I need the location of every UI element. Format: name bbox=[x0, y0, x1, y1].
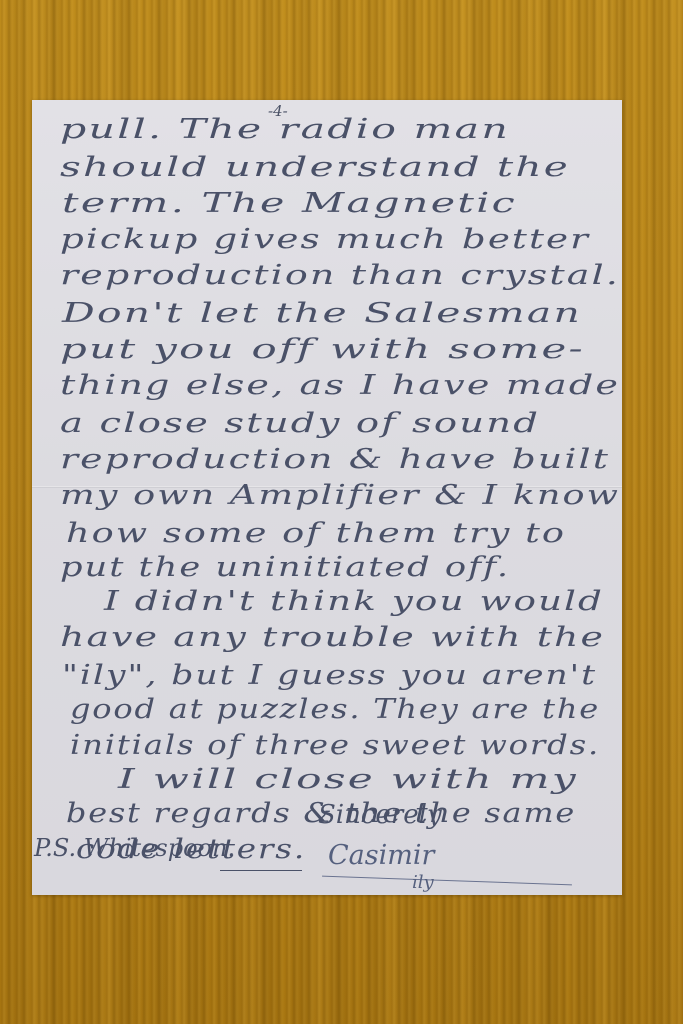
letter-line: my own Amplifier & I know bbox=[60, 480, 620, 511]
letter-line: put the uninitiated off. bbox=[60, 552, 510, 583]
letter-line: how some of them try to bbox=[66, 518, 566, 549]
letter-line: good at puzzles. They are the bbox=[70, 694, 600, 725]
letter-line: "ily", but I guess you aren't bbox=[62, 660, 597, 691]
letter-line: pull. The radio man bbox=[60, 114, 510, 145]
letter-line: put you off with some- bbox=[60, 334, 585, 365]
letter-line: I will close with my bbox=[118, 764, 578, 795]
letter-line: reproduction than crystal. bbox=[60, 260, 620, 291]
signature-initials: ily bbox=[412, 872, 434, 893]
letter-line: Don't let the Salesman bbox=[62, 298, 582, 329]
signature: Casimir bbox=[328, 840, 434, 871]
letter-line: term. The Magnetic bbox=[62, 188, 517, 219]
letter-line: should understand the bbox=[60, 152, 570, 183]
letter-line: I didn't think you would bbox=[104, 586, 604, 617]
closing-salutation: Sincerely bbox=[318, 800, 442, 830]
letter-line: initials of three sweet words. bbox=[70, 730, 600, 761]
letter-line: reproduction & have built bbox=[60, 444, 610, 475]
postscript-underline bbox=[220, 870, 302, 871]
signature-flourish bbox=[322, 876, 572, 886]
letter-line: pickup gives much better bbox=[60, 224, 590, 255]
letter-line: thing else, as I have made bbox=[60, 370, 620, 401]
letter-line: a close study of sound bbox=[60, 408, 540, 439]
postscript: P.S. Whitespoon. bbox=[34, 834, 235, 862]
letter-line: have any trouble with the bbox=[60, 622, 605, 653]
letter-page: -4- pull. The radio manshould understand… bbox=[32, 100, 622, 895]
